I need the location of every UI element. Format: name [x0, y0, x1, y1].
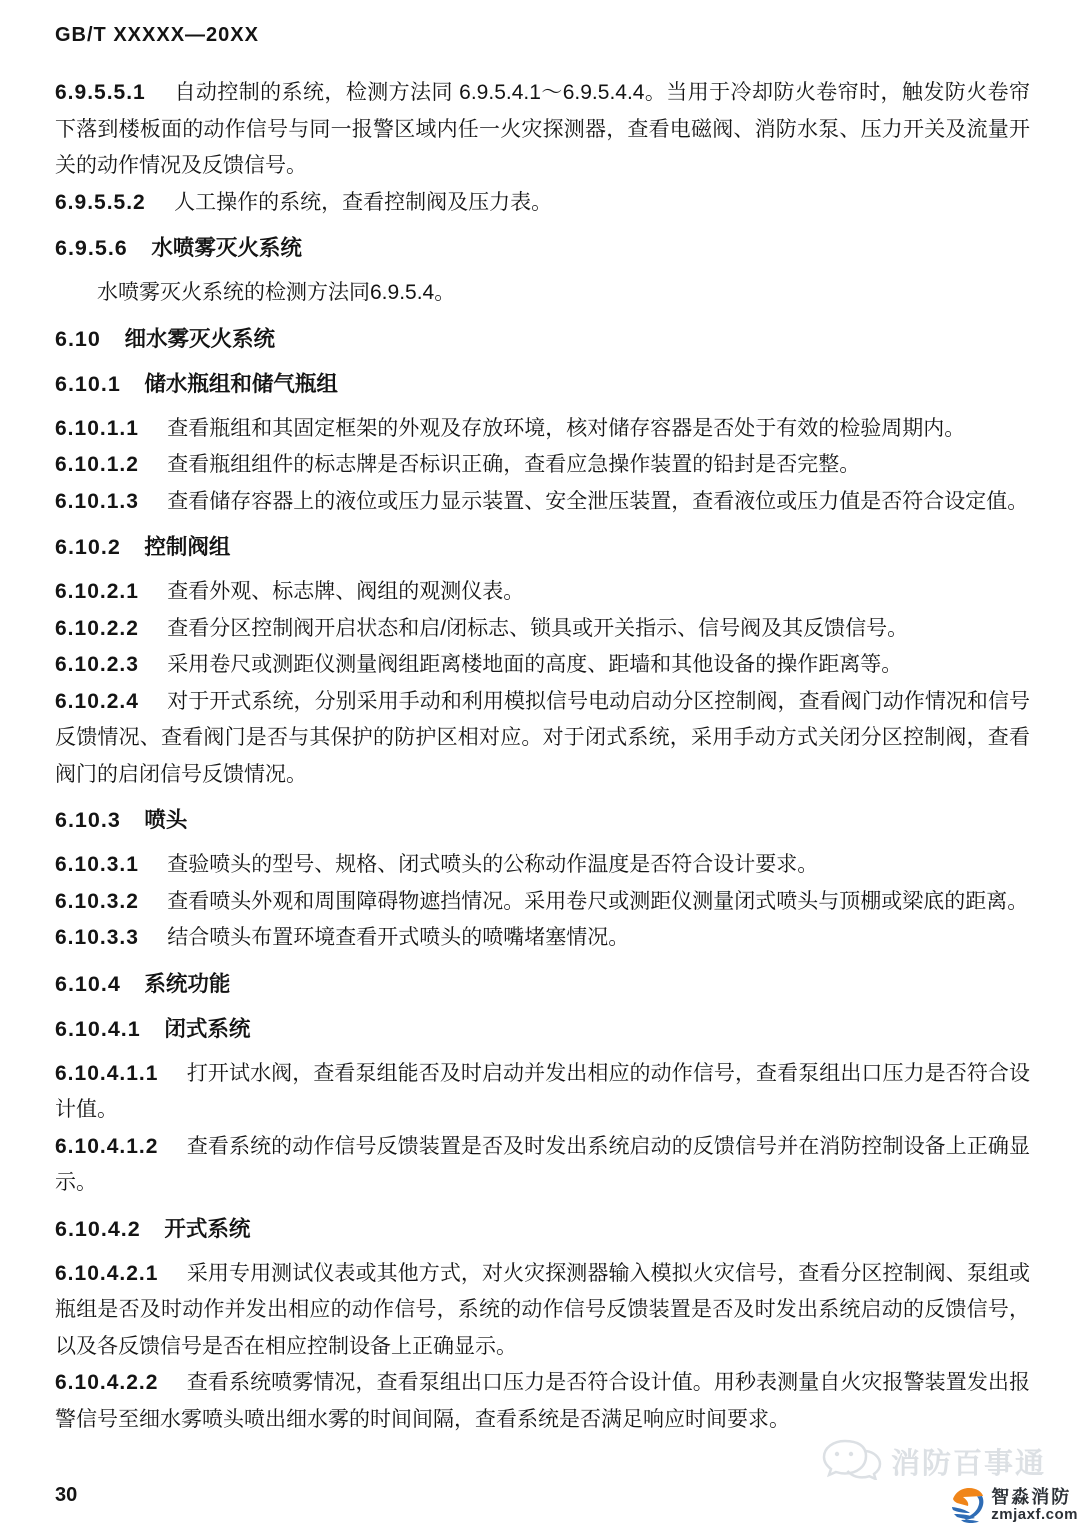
heading-number: 6.10.4.1: [55, 1017, 141, 1041]
page-number: 30: [55, 1484, 77, 1507]
document-content: GB/T XXXXX—20XX 6.9.5.5.1自动控制的系统，检测方法同 6…: [0, 0, 1080, 1438]
heading-text: 闭式系统: [164, 1017, 250, 1041]
clause-text: 采用专用测试仪表或其他方式，对火灾探测器输入模拟火灾信号，查看分区控制阀、泵组或…: [55, 1262, 1030, 1358]
watermark-brand-text: 消防百事通: [891, 1441, 1046, 1482]
clause-text: 采用卷尺或测距仪测量阀组距离楼地面的高度、距墙和其他设备的操作距离等。: [167, 653, 902, 676]
watermark-logo-text: 智淼消防 zmjaxf.com: [991, 1488, 1078, 1523]
clause-number: 6.9.5.5.1: [55, 81, 146, 104]
heading-text: 水喷雾灭火系统: [151, 236, 302, 260]
clause-number: 6.10.1.3: [55, 490, 139, 513]
clause-number: 6.10.3.1: [55, 853, 139, 876]
clause-6-10-3-1: 6.10.3.1查验喷头的型号、规格、闭式喷头的公称动作温度是否符合设计要求。: [55, 847, 1030, 884]
clause-text: 查验喷头的型号、规格、闭式喷头的公称动作温度是否符合设计要求。: [167, 853, 818, 876]
heading-number: 6.10.2: [55, 535, 121, 559]
clause-text: 自动控制的系统，检测方法同 6.9.5.4.1～6.9.5.4.4。当用于冷却防…: [55, 81, 1030, 177]
document-page: GB/T XXXXX—20XX 6.9.5.5.1自动控制的系统，检测方法同 6…: [0, 0, 1080, 1525]
clause-text: 结合喷头布置环境查看开式喷头的喷嘴堵塞情况。: [167, 926, 629, 949]
clause-text: 查看喷头外观和周围障碍物遮挡情况。采用卷尺或测距仪测量闭式喷头与顶棚或梁底的距离…: [167, 890, 1028, 913]
clause-number: 6.10.4.1.1: [55, 1062, 158, 1085]
heading-text: 喷头: [144, 808, 187, 832]
clause-6-10-4-1-1: 6.10.4.1.1打开试水阀，查看泵组能否及时启动并发出相应的动作信号，查看泵…: [55, 1056, 1030, 1129]
clause-number: 6.10.3.2: [55, 890, 139, 913]
clause-text: 查看系统喷雾情况，查看泵组出口压力是否符合设计值。用秒表测量自火灾报警装置发出报…: [55, 1371, 1030, 1431]
clause-text: 查看瓶组和其固定框架的外观及存放环境，核对储存容器是否处于有效的检验周期内。: [167, 417, 965, 440]
clause-text: 人工操作的系统，查看控制阀及压力表。: [174, 191, 552, 214]
clause-text: 打开试水阀，查看泵组能否及时启动并发出相应的动作信号，查看泵组出口压力是否符合设…: [55, 1062, 1030, 1122]
heading-6-10-4: 6.10.4系统功能: [55, 966, 1030, 1002]
heading-number: 6.9.5.6: [55, 236, 128, 260]
clause-6-10-1-3: 6.10.1.3查看储存容器上的液位或压力显示装置、安全泄压装置，查看液位或压力…: [55, 484, 1030, 521]
clause-6-10-1-1: 6.10.1.1查看瓶组和其固定框架的外观及存放环境，核对储存容器是否处于有效的…: [55, 411, 1030, 448]
clause-text: 查看分区控制阀开启状态和启/闭标志、锁具或开关指示、信号阀及其反馈信号。: [167, 617, 908, 640]
watermark-brand-row: 消防百事通: [821, 1438, 1046, 1485]
clause-6-10-2-1: 6.10.2.1查看外观、标志牌、阀组的观测仪表。: [55, 574, 1030, 611]
heading-number: 6.10: [55, 327, 101, 351]
heading-number: 6.10.4: [55, 972, 121, 996]
watermark-block: 消防百事通 智淼消防 zmjaxf.com: [843, 1438, 1078, 1523]
watermark-logo-row: 智淼消防 zmjaxf.com: [949, 1487, 1078, 1523]
logo-title: 智淼消防: [991, 1488, 1078, 1507]
heading-text: 控制阀组: [144, 535, 230, 559]
clause-6-10-1-2: 6.10.1.2查看瓶组组件的标志牌是否标识正确，查看应急操作装置的铅封是否完整…: [55, 447, 1030, 484]
clause-6-10-2-3: 6.10.2.3采用卷尺或测距仪测量阀组距离楼地面的高度、距墙和其他设备的操作距…: [55, 647, 1030, 684]
heading-number: 6.10.4.2: [55, 1217, 141, 1241]
clause-blocks: 6.9.5.5.1自动控制的系统，检测方法同 6.9.5.4.1～6.9.5.4…: [55, 75, 1030, 1438]
heading-text: 开式系统: [164, 1217, 250, 1241]
clause-6-10-3-2: 6.10.3.2查看喷头外观和周围障碍物遮挡情况。采用卷尺或测距仪测量闭式喷头与…: [55, 884, 1030, 921]
clause-number: 6.10.1.2: [55, 453, 139, 476]
chat-bubbles-icon: [821, 1438, 885, 1485]
heading-6-10-4-2: 6.10.4.2开式系统: [55, 1211, 1030, 1247]
clause-number: 6.9.5.5.2: [55, 191, 146, 214]
clause-text: 查看瓶组组件的标志牌是否标识正确，查看应急操作装置的铅封是否完整。: [167, 453, 860, 476]
clause-number: 6.10.1.1: [55, 417, 139, 440]
heading-6-10: 6.10细水雾灭火系统: [55, 321, 1030, 357]
clause-text: 查看外观、标志牌、阀组的观测仪表。: [167, 580, 524, 603]
clause-number: 6.10.4.1.2: [55, 1135, 158, 1158]
heading-6-10-3: 6.10.3喷头: [55, 802, 1030, 838]
clause-6-10-4-2-2: 6.10.4.2.2查看系统喷雾情况，查看泵组出口压力是否符合设计值。用秒表测量…: [55, 1365, 1030, 1438]
standard-number-header: GB/T XXXXX—20XX: [55, 24, 1030, 47]
clause-number: 6.10.4.2.2: [55, 1371, 158, 1394]
heading-6-10-4-1: 6.10.4.1闭式系统: [55, 1011, 1030, 1047]
clause-text: 对于开式系统，分别采用手动和利用模拟信号电动启动分区控制阀，查看阀门动作情况和信…: [55, 690, 1030, 786]
heading-number: 6.10.1: [55, 372, 121, 396]
heading-number: 6.10.3: [55, 808, 121, 832]
heading-text: 系统功能: [144, 972, 230, 996]
clause-6-9-5-5-1: 6.9.5.5.1自动控制的系统，检测方法同 6.9.5.4.1～6.9.5.4…: [55, 75, 1030, 185]
clause-number: 6.10.2.1: [55, 580, 139, 603]
clause-number: 6.10.2.2: [55, 617, 139, 640]
zhimiao-logo-icon: [949, 1487, 985, 1523]
clause-6-10-4-2-1: 6.10.4.2.1采用专用测试仪表或其他方式，对火灾探测器输入模拟火灾信号，查…: [55, 1256, 1030, 1366]
heading-6-10-2: 6.10.2控制阀组: [55, 529, 1030, 565]
clause-6-10-2-2: 6.10.2.2查看分区控制阀开启状态和启/闭标志、锁具或开关指示、信号阀及其反…: [55, 611, 1030, 648]
clause-text: 查看储存容器上的液位或压力显示装置、安全泄压装置，查看液位或压力值是否符合设定值…: [167, 490, 1028, 513]
heading-text: 细水雾灭火系统: [125, 327, 276, 351]
clause-6-10-4-1-2: 6.10.4.1.2查看系统的动作信号反馈装置是否及时发出系统启动的反馈信号并在…: [55, 1129, 1030, 1202]
clause-number: 6.10.4.2.1: [55, 1262, 158, 1285]
heading-6-9-5-6: 6.9.5.6水喷雾灭火系统: [55, 230, 1030, 266]
clause-number: 6.10.2.4: [55, 690, 139, 713]
logo-domain: zmjaxf.com: [991, 1507, 1078, 1523]
clause-text: 查看系统的动作信号反馈装置是否及时发出系统启动的反馈信号并在消防控制设备上正确显…: [55, 1135, 1030, 1195]
body-paragraph: 水喷雾灭火系统的检测方法同6.9.5.4。: [55, 275, 1030, 312]
clause-6-10-2-4: 6.10.2.4对于开式系统，分别采用手动和利用模拟信号电动启动分区控制阀，查看…: [55, 684, 1030, 794]
heading-6-10-1: 6.10.1储水瓶组和储气瓶组: [55, 366, 1030, 402]
clause-number: 6.10.2.3: [55, 653, 139, 676]
clause-number: 6.10.3.3: [55, 926, 139, 949]
heading-text: 储水瓶组和储气瓶组: [144, 372, 338, 396]
clause-6-10-3-3: 6.10.3.3结合喷头布置环境查看开式喷头的喷嘴堵塞情况。: [55, 920, 1030, 957]
clause-6-9-5-5-2: 6.9.5.5.2人工操作的系统，查看控制阀及压力表。: [55, 185, 1030, 222]
